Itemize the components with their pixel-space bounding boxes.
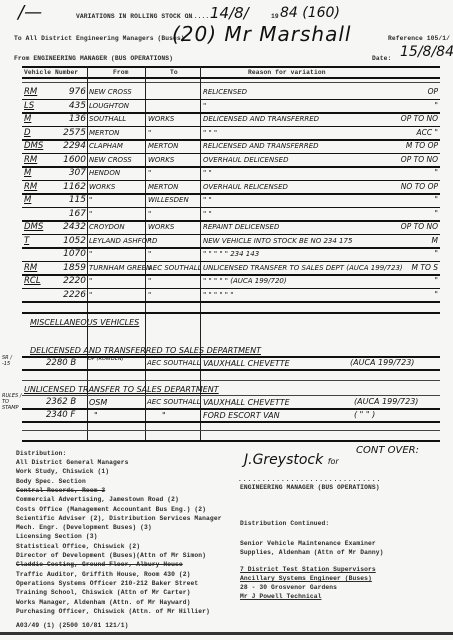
vehicle-number: 1859 (54, 263, 86, 273)
recipient-handwritten: (20) Mr Marshall (172, 22, 351, 46)
reason: " " " " " (AUCA 199/720) (203, 277, 287, 285)
status-code: OP (386, 87, 438, 96)
to-garage: " (148, 169, 151, 177)
status-code: NO to OP (386, 182, 438, 191)
distribution-continued-item: Senior Vehicle Maintenance Examiner (240, 540, 376, 547)
vehicle-number: 2294 (54, 141, 86, 151)
distribution-item: All District General Managers (16, 459, 128, 466)
misc-rule-4 (22, 395, 440, 396)
misc-rule-5 (22, 408, 440, 410)
from-garage: TURNHAM GREEN (89, 264, 151, 272)
table-bottom-rule-1 (22, 430, 440, 431)
signature: J.Greystock for (244, 452, 339, 468)
form-code: A03/49 (1) (2500 10/81 121/1) (16, 622, 128, 629)
distribution-item: Mech. Engr. (Development Buses) (3) (16, 524, 152, 531)
page-bottom-rule (0, 632, 453, 635)
reason: OVERHAUL DELICENSED (203, 156, 288, 164)
table-header-rule-2 (22, 82, 440, 83)
from-garage: CLAPHAM (89, 142, 123, 150)
misc2-reference-1: (AUCA 199/723) (354, 397, 418, 406)
vehicle-number: 976 (54, 87, 86, 97)
to-garage: " (148, 250, 151, 258)
col-header-to: To (170, 69, 178, 76)
to-garage: MERTON (148, 142, 178, 150)
distribution-item: Traffic Auditor, Griffith House, Room 43… (16, 571, 191, 578)
from-garage: NEW CROSS (89, 88, 132, 96)
to-garage: " (148, 277, 151, 285)
distribution-item: Costs Office (Management Accountant Bus … (16, 506, 206, 513)
misc2-to-1: AEC SOUTHALL (147, 398, 201, 406)
status-code: " (386, 209, 438, 218)
status-code: OP to NO (386, 114, 438, 123)
distribution-item: Licensing Section (3) (16, 533, 97, 540)
year-handwritten: 84 (160) (280, 5, 340, 21)
vehicle-class: DMS (24, 222, 43, 232)
vehicle-class: RM (24, 87, 37, 97)
reason: " " " (203, 129, 217, 137)
distribution-continued-item: Mr J Powell Technical (240, 593, 321, 600)
misc-section2-title: UNLICENSED TRANSFER TO SALES DEPARTMENT (24, 385, 219, 394)
reason: " " (203, 169, 212, 177)
misc1-description: VAUXHALL CHEVETTE (203, 359, 290, 368)
from-garage: MERTON (89, 129, 119, 137)
reason: NEW VEHICLE INTO STOCK BE NO 234 175 (203, 237, 352, 245)
status-code: ACC " (386, 128, 438, 137)
to-garage: WORKS (148, 115, 174, 123)
row-rule (22, 301, 440, 303)
signature-suffix: for (328, 457, 339, 466)
reason: " " (203, 196, 212, 204)
reason: UNLICENSED TRANSFER TO SALES DEPT (AUCA … (203, 264, 403, 272)
distribution-item: Training School, Chiswick (Attn of Mr Ca… (16, 589, 191, 596)
from-garage: LOUGHTON (89, 102, 129, 110)
to-garage: " (148, 129, 151, 137)
to-garage: MERTON (148, 183, 178, 191)
status-code: " (386, 249, 438, 258)
to-garage: WILLESDEN (148, 196, 189, 204)
reason: " (203, 102, 206, 110)
misc1-reference: (AUCA 199/723) (350, 358, 414, 367)
cont-over-note: CONT OVER: (356, 445, 419, 456)
distribution-item: Operations Systems Officer 210-212 Baker… (16, 580, 198, 587)
vehicle-class: DMS (24, 141, 43, 151)
reference-label: Reference 105/1/ (388, 35, 450, 42)
from-label: From ENGINEERING MANAGER (BUS OPERATIONS… (14, 55, 173, 62)
to-garage: " (148, 210, 151, 218)
status-code: OP to NO (386, 155, 438, 164)
misc2-from-1: OSM (89, 398, 107, 407)
to-garage: WORKS (148, 223, 174, 231)
vehicle-number: 1600 (54, 155, 86, 165)
misc-heading: MISCELLANEOUS VEHICLES (30, 318, 139, 327)
misc2-description-2: FORD ESCORT VAN (203, 411, 280, 420)
date-handwritten: 15/8/84 (400, 44, 453, 60)
vehicle-number: 1052 (54, 236, 86, 246)
signature-dots: .............................. (238, 476, 381, 483)
from-garage: SOUTHALL (89, 115, 126, 123)
distribution-continued-item: Ancillary Systems Engineer (Buses) (240, 575, 372, 582)
distribution-item: Central Records, Room 3 (16, 487, 105, 494)
status-code: M (386, 236, 438, 245)
form-title: VARIATIONS IN ROLLING STOCK ON (76, 13, 192, 20)
misc2-to-2: " (162, 411, 166, 420)
vehicle-number: 307 (54, 168, 86, 178)
vehicle-class: T (24, 236, 29, 246)
table-top-rule (22, 66, 440, 68)
misc2-reference-2: ( " " ) (354, 410, 375, 419)
to-garage: " (148, 291, 151, 299)
vehicle-class: D (24, 128, 31, 138)
distribution-label: Distribution: (16, 450, 66, 457)
to-garage: WORKS (148, 156, 174, 164)
vehicle-class: RCL (24, 276, 41, 286)
reason: " " " " " 234 143 (203, 250, 259, 258)
distribution-item: Purchasing Officer, Chiswick (Attn. of M… (16, 608, 210, 615)
misc-section1-title: DELICENSED AND TRANSFERRED TO SALES DEPA… (30, 346, 261, 355)
reason: OVERHAUL RELICENSED (203, 183, 288, 191)
date-label: Date: (372, 55, 391, 62)
distribution-continued-item: Supplies, Aldenham (Attn of Mr Danny) (240, 549, 384, 556)
to-label: To All District Engineering Managers (Bu… (14, 35, 185, 42)
vehicle-number: 2575 (54, 128, 86, 138)
distribution-continued-item: 7 District Test Station Supervisors (240, 566, 376, 573)
report-date-handwritten: 14/8/ (210, 4, 249, 22)
vehicle-class: M (24, 168, 31, 178)
misc2-vehicle-number-1: 2362 B (46, 397, 76, 407)
vehicle-number: 136 (54, 114, 86, 124)
vehicle-class: RM (24, 155, 37, 165)
status-code: " (386, 101, 438, 110)
misc-rule-6 (22, 421, 440, 423)
status-code: M to S (386, 263, 438, 272)
table-bottom-rule-2 (22, 440, 440, 442)
status-code: " (386, 168, 438, 177)
distribution-item: Director of Development (Buses)(Attn of … (16, 552, 206, 559)
from-garage: CROYDON (89, 223, 125, 231)
status-code: M to OP (386, 141, 438, 150)
from-garage: NEW CROSS (89, 156, 132, 164)
from-garage: " (89, 291, 92, 299)
misc-margin-note-2: Rules / to stamp (2, 393, 22, 411)
status-code: OP to NO (386, 222, 438, 231)
distribution-item: Works Manager, Aldenham (Attn. of Mr Hay… (16, 599, 191, 606)
misc2-from-2: " (94, 411, 98, 420)
status-code: " (386, 290, 438, 299)
col-header-vehicle-number: Vehicle Number (24, 69, 78, 76)
vehicle-number: 2226 (54, 290, 86, 300)
vehicle-class: M (24, 195, 31, 205)
distribution-item: Claddie Costing, Ground Floor, Albury Ho… (16, 561, 183, 568)
reason: RELICENSED (203, 88, 247, 96)
vehicle-number: 2220 (54, 276, 86, 286)
status-code: " (386, 195, 438, 204)
reason: DELICENSED AND TRANSFERRED (203, 115, 319, 123)
vehicle-class: LS (24, 101, 34, 111)
from-garage: HENDON (89, 169, 120, 177)
from-garage: WORKS (89, 183, 115, 191)
vehicle-number: 435 (54, 101, 86, 111)
distribution-item: Statistical Office, Chiswick (2) (16, 543, 140, 550)
reason: " " (203, 210, 212, 218)
col-header-from: From (113, 69, 129, 76)
vehicle-number: 2432 (54, 222, 86, 232)
vehicle-class: M (24, 114, 31, 124)
misc2-description-1: VAUXHALL CHEVETTE (203, 398, 290, 407)
distribution-item: Work Study, Chiswick (1) (16, 468, 109, 475)
misc2-vehicle-number-2: 2340 F (46, 410, 75, 420)
misc1-vehicle-number: 2280 B (46, 358, 76, 368)
signature-title: ENGINEERING MANAGER (BUS OPERATIONS) (240, 484, 380, 491)
misc1-from: OP (ROWDEN) (88, 356, 124, 362)
col-header-reason: Reason for variation (248, 69, 326, 76)
distribution-continued-label: Distribution Continued: (240, 520, 329, 527)
vehicle-number: 167 (54, 209, 86, 219)
status-code: " (386, 276, 438, 285)
reason: " " " " " " (203, 291, 233, 299)
misc-margin-note-1: SR / -15 (2, 355, 20, 367)
misc-rule-top (22, 312, 440, 314)
signature-name: J.Greystock (244, 452, 323, 468)
vehicle-number: 1162 (54, 182, 86, 192)
vehicle-number: 1070 (54, 249, 86, 259)
corner-mark: /— (18, 2, 42, 23)
from-garage: " (89, 250, 92, 258)
vehicle-number: 115 (54, 195, 86, 205)
from-garage: " (89, 210, 92, 218)
distribution-continued-item: 28 - 30 Grosvenor Gardens (240, 584, 337, 591)
from-garage: " (89, 277, 92, 285)
year-prefix: 19 (271, 13, 279, 20)
reason: RELICENSED AND TRANSFERRED (203, 142, 319, 150)
distribution-item: Scientific Adviser (2), Distribution Ser… (16, 515, 222, 522)
from-garage: " (89, 196, 92, 204)
reason: REPAINT DELICENSED (203, 223, 279, 231)
table-header-rule (22, 77, 440, 79)
misc1-to: AEC SOUTHALL (147, 359, 201, 367)
vehicle-class: RM (24, 263, 37, 273)
to-garage: AEC SOUTHALL (148, 264, 202, 272)
distribution-item: Body Spec. Section (16, 478, 86, 485)
misc-rule-3 (22, 380, 440, 381)
to-garage: " (148, 237, 151, 245)
misc-rule-2 (22, 369, 440, 371)
distribution-item: Commercial Advertising, Jamestown Road (… (16, 496, 179, 503)
vehicle-class: RM (24, 182, 37, 192)
